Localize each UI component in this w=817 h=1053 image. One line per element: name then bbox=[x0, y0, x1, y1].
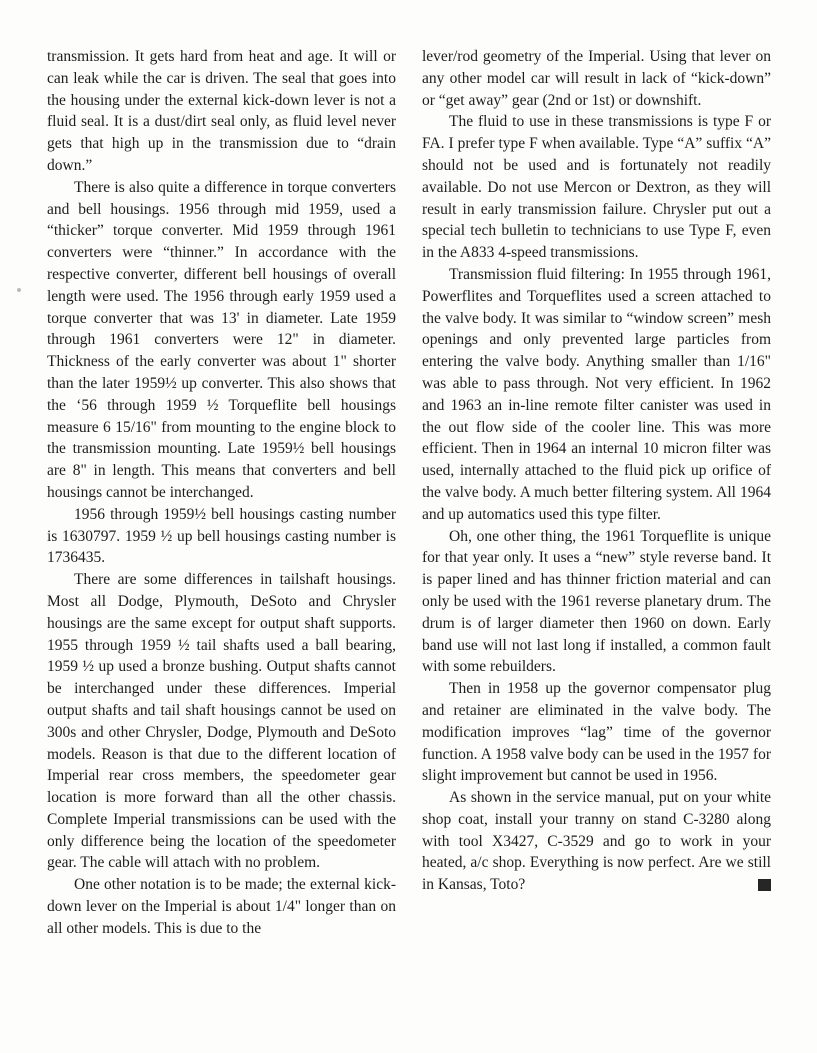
scan-artifact-speck bbox=[17, 288, 21, 292]
paragraph: There is also quite a difference in torq… bbox=[47, 177, 396, 504]
article-columns: transmission. It gets hard from heat and… bbox=[47, 46, 771, 940]
right-column: lever/rod geometry of the Imperial. Usin… bbox=[422, 46, 771, 940]
scanned-page: transmission. It gets hard from heat and… bbox=[0, 0, 817, 1053]
paragraph: Then in 1958 up the governor compensator… bbox=[422, 678, 771, 787]
end-of-article-marker bbox=[758, 879, 771, 891]
left-column: transmission. It gets hard from heat and… bbox=[47, 46, 396, 940]
paragraph: The fluid to use in these transmissions … bbox=[422, 111, 771, 264]
paragraph-text: As shown in the service manual, put on y… bbox=[422, 789, 771, 893]
paragraph: transmission. It gets hard from heat and… bbox=[47, 46, 396, 177]
paragraph: Oh, one other thing, the 1961 Torqueflit… bbox=[422, 526, 771, 679]
paragraph: 1956 through 1959½ bell housings casting… bbox=[47, 504, 396, 569]
paragraph: lever/rod geometry of the Imperial. Usin… bbox=[422, 46, 771, 111]
paragraph: One other notation is to be made; the ex… bbox=[47, 874, 396, 939]
paragraph: As shown in the service manual, put on y… bbox=[422, 787, 771, 896]
paragraph: Transmission fluid filtering: In 1955 th… bbox=[422, 264, 771, 526]
paragraph: There are some differences in tailshaft … bbox=[47, 569, 396, 874]
